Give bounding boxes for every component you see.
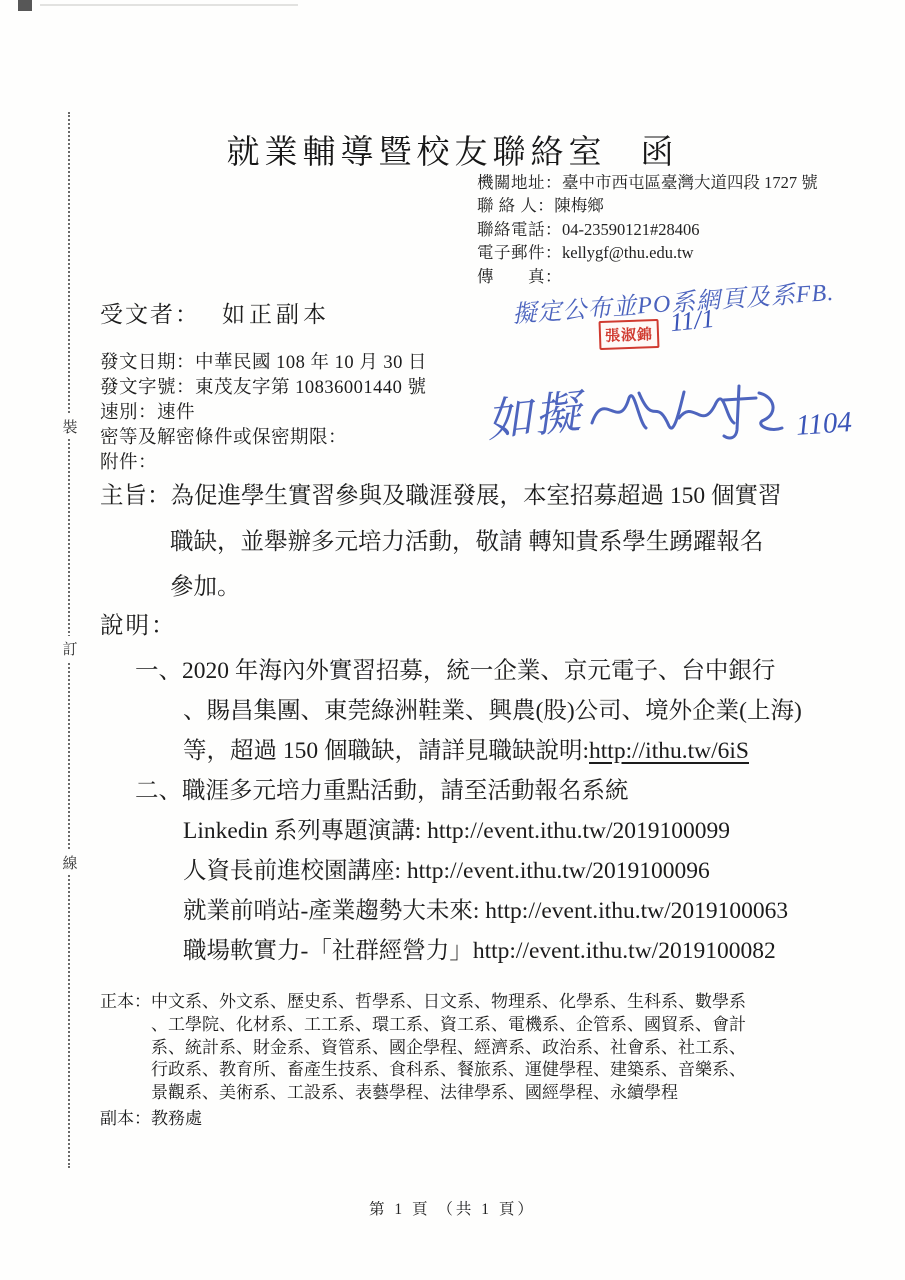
letter-title: 就業輔導暨校友聯絡室函	[0, 126, 905, 173]
binding-mark-xian: 線	[58, 850, 82, 875]
job-listing-link: http://ithu.tw/6iS	[589, 738, 749, 764]
subject-line-3: 參加。	[100, 565, 830, 611]
distribution-block: 正本：中文系、外文系、歷史系、哲學系、日文系、物理系、化學系、生科系、數學系 、…	[100, 991, 860, 1131]
recipient-value: 如正副本	[222, 302, 330, 327]
explanation-list: 一、2020 年海內外實習招募，統一企業、京元電子、台中銀行 、賜昌集團、東莞綠…	[135, 651, 875, 971]
original-line-4: 行政系、教育所、畜產生技系、食科系、餐旅系、運健學程、建築系、音樂系、	[100, 1059, 860, 1082]
event-url-hr-lecture: http://event.ithu.tw/2019100096	[407, 858, 710, 884]
contact-block: 機關地址：臺中市西屯區臺灣大道四段 1727 號 聯 絡 人：陳梅鄉 聯絡電話：…	[477, 171, 818, 288]
approval-word: 如擬	[483, 375, 585, 451]
event-url-soft-skill: http://event.ithu.tw/2019100082	[473, 938, 776, 964]
issue-date-row: 發文日期：中華民國 108 年 10 月 30 日	[100, 351, 427, 376]
original-label: 正本：	[100, 992, 151, 1011]
approval-number: 1104	[795, 406, 853, 443]
doc-type: 函	[641, 135, 679, 171]
original-line-1: 正本：中文系、外文系、歷史系、哲學系、日文系、物理系、化學系、生科系、數學系	[100, 991, 860, 1014]
subject-label: 主旨：	[100, 483, 171, 509]
contact-person: 聯 絡 人：陳梅鄉	[477, 194, 818, 217]
item2-number: 二、	[135, 778, 182, 804]
scanned-letter-page: 裝 訂 線 就業輔導暨校友聯絡室函 機關地址：臺中市西屯區臺灣大道四段 1727…	[0, 0, 905, 1280]
copy-label: 副本：	[100, 1109, 151, 1128]
priority-row: 速別：速件	[100, 401, 427, 426]
classification-row: 密等及解密條件或保密期限：	[100, 426, 427, 451]
subject-line-2: 職缺，並舉辦多元培力活動，敬請 轉知貴系學生踴躍報名	[100, 520, 830, 566]
original-line-3: 系、統計系、財金系、資管系、國企學程、經濟系、政治系、社會系、社工系、	[100, 1037, 860, 1060]
item1-line-1: 一、2020 年海內外實習招募，統一企業、京元電子、台中銀行	[135, 651, 875, 691]
doc-number-row: 發文字號：東茂友字第 10836001440 號	[100, 376, 427, 401]
event-row-hr-lecture: 人資長前進校園講座: http://event.ithu.tw/20191000…	[135, 851, 875, 891]
subject-line-1: 主旨：為促進學生實習參與及職涯發展，本室招募超過 150 個實習	[100, 474, 830, 520]
event-row-soft-skill: 職場軟實力-「社群經營力」http://event.ithu.tw/201910…	[135, 931, 875, 971]
handwritten-approval: 如擬 1104	[486, 378, 852, 448]
item2-line-1: 二、職涯多元培力重點活動，請至活動報名系統	[135, 771, 875, 811]
signature-scribble-icon	[584, 378, 794, 448]
item1-number: 一、	[135, 658, 182, 684]
recipient-label: 受文者：	[100, 302, 200, 327]
event-row-industry-trend: 就業前哨站-產業趨勢大未來: http://event.ithu.tw/2019…	[135, 891, 875, 931]
page-number: 第 1 頁 （共 1 頁）	[0, 1197, 905, 1219]
contact-address: 機關地址：臺中市西屯區臺灣大道四段 1727 號	[477, 171, 818, 194]
handwritten-date-mark: 11/1	[669, 304, 716, 338]
item1-line-2: 、賜昌集團、東莞綠洲鞋業、興農(股)公司、境外企業(上海)	[135, 691, 875, 731]
contact-phone: 聯絡電話：04-23590121#28406	[477, 218, 818, 241]
scan-artifact-corner	[18, 0, 32, 11]
scan-artifact-line	[40, 4, 298, 6]
meta-block: 發文日期：中華民國 108 年 10 月 30 日 發文字號：東茂友字第 108…	[100, 351, 427, 476]
subject-block: 主旨：為促進學生實習參與及職涯發展，本室招募超過 150 個實習 職缺，並舉辦多…	[100, 474, 830, 611]
recipient-row: 受文者：如正副本	[100, 296, 330, 329]
attachment-row: 附件：	[100, 451, 427, 476]
binding-mark-zhuang: 裝	[58, 414, 82, 439]
original-line-2: 、工學院、化材系、工工系、環工系、資工系、電機系、企管系、國貿系、會計	[100, 1014, 860, 1037]
contact-email: 電子郵件：kellygf@thu.edu.tw	[477, 241, 818, 264]
org-name: 就業輔導暨校友聯絡室	[227, 135, 607, 171]
event-url-linkedin: http://event.ithu.tw/2019100099	[427, 818, 730, 844]
copy-row: 副本：教務處	[100, 1108, 860, 1131]
original-line-5: 景觀系、美術系、工設系、表藝學程、法律學系、國經學程、永續學程	[100, 1082, 860, 1105]
event-row-linkedin: Linkedin 系列專題演講: http://event.ithu.tw/20…	[135, 811, 875, 851]
event-url-industry-trend: http://event.ithu.tw/2019100063	[485, 898, 788, 924]
item1-line-3: 等，超過 150 個職缺，請詳見職缺說明:http://ithu.tw/6iS	[135, 731, 875, 771]
binding-mark-ding: 訂	[58, 636, 82, 661]
explanation-label: 說明：	[100, 606, 177, 640]
name-stamp: 張淑錦	[599, 319, 660, 350]
